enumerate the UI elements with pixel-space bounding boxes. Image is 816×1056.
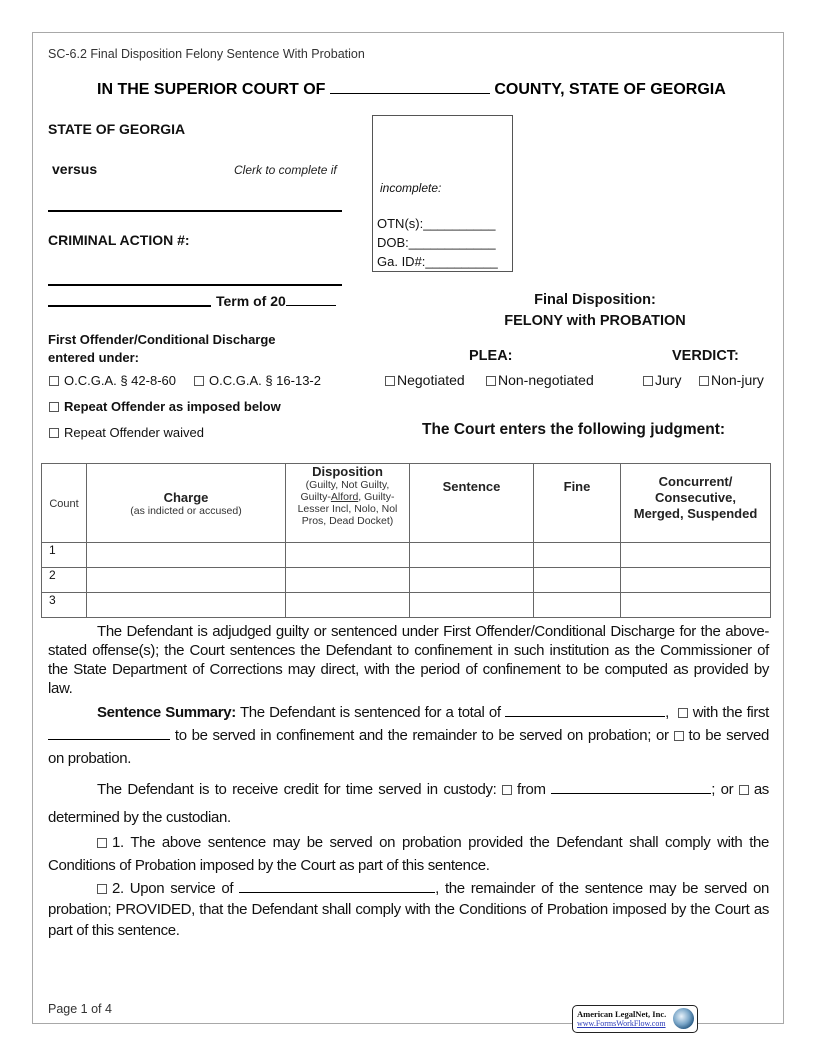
clerk-incomplete-label: incomplete:: [380, 181, 441, 195]
checkbox-icon[interactable]: [699, 376, 709, 386]
adjudication-paragraph: The Defendant is adjudged guilty or sent…: [48, 622, 769, 698]
criminal-action-label: CRIMINAL ACTION #:: [48, 232, 190, 248]
logo-url[interactable]: www.FormsWorkFlow.com: [577, 1019, 666, 1028]
plea-label: PLEA:: [469, 348, 513, 364]
sentence-cell[interactable]: [410, 593, 534, 618]
first-offender-title-line1: First Offender/Conditional Discharge: [48, 331, 276, 349]
credit-paragraph: The Defendant is to receive credit for t…: [48, 776, 769, 832]
plea-negotiated-label: Negotiated: [397, 372, 465, 388]
sentence-summary-paragraph: Sentence Summary: The Defendant is sente…: [48, 701, 769, 770]
concurrent-header-1: Concurrent/: [621, 474, 770, 490]
disposition-sub2a: Guilty-: [301, 491, 331, 503]
checkbox-icon[interactable]: [385, 376, 395, 386]
disposition-header-text: Disposition: [286, 464, 409, 479]
ga-id-field[interactable]: Ga. ID#:__________: [377, 254, 498, 269]
column-header-sentence: Sentence: [410, 464, 534, 543]
versus-label: versus: [52, 161, 97, 177]
otn-field[interactable]: OTN(s):__________: [377, 216, 496, 231]
concurrent-cell[interactable]: [621, 593, 771, 618]
probation-item-1: 1. The above sentence may be served on p…: [48, 831, 769, 877]
verdict-jury-option[interactable]: Jury: [643, 372, 681, 388]
repeat-offender-imposed-option[interactable]: Repeat Offender as imposed below: [49, 399, 281, 414]
ocga-16-13-2-option[interactable]: O.C.G.A. § 16-13-2: [194, 373, 321, 388]
term-year-field[interactable]: [286, 291, 336, 306]
disposition-cell[interactable]: [286, 593, 410, 618]
checkbox-icon[interactable]: [643, 376, 653, 386]
term-label-text: Term of 20: [216, 293, 286, 309]
term-name-field[interactable]: [48, 305, 211, 307]
checkbox-icon[interactable]: [49, 376, 59, 386]
criminal-action-field[interactable]: [48, 284, 342, 286]
globe-icon: [673, 1008, 694, 1029]
first-offender-title-line2: entered under:: [48, 349, 276, 367]
count-cell: 3: [42, 593, 87, 618]
sentence-summary-label: Sentence Summary:: [97, 704, 236, 721]
clerk-box: incomplete: OTN(s):__________ DOB:______…: [372, 115, 513, 272]
column-header-charge: Charge (as indicted or accused): [87, 464, 286, 543]
disposition-cell[interactable]: [286, 568, 410, 593]
verdict-non-jury-option[interactable]: Non-jury: [699, 372, 764, 388]
final-disposition-line1: Final Disposition:: [420, 290, 770, 311]
service-period-field[interactable]: [239, 878, 435, 893]
probation-item-1-text: 1. The above sentence may be served on p…: [48, 834, 769, 874]
plea-non-negotiated-option[interactable]: Non-negotiated: [486, 372, 594, 388]
repeat-offender-imposed-label: Repeat Offender as imposed below: [64, 399, 281, 414]
fine-cell[interactable]: [534, 543, 621, 568]
credit-text-a: The Defendant is to receive credit for t…: [97, 781, 496, 798]
court-title: IN THE SUPERIOR COURT OF COUNTY, STATE O…: [97, 79, 726, 99]
publisher-logo[interactable]: American LegalNet, Inc. www.FormsWorkFlo…: [572, 1005, 698, 1033]
sentence-cell[interactable]: [410, 543, 534, 568]
confinement-period-field[interactable]: [48, 725, 170, 740]
probation-item-2-text-a: 2. Upon service of: [112, 880, 233, 897]
checkbox-icon[interactable]: [49, 428, 59, 438]
column-header-concurrent: Concurrent/ Consecutive, Merged, Suspend…: [621, 464, 771, 543]
sentence-summary-text-c: the first: [722, 704, 769, 721]
disposition-header-sub3: Lesser Incl, Nolo, Nol: [286, 503, 409, 515]
final-disposition-line2: FELONY with PROBATION: [420, 311, 770, 332]
checkbox-icon[interactable]: [678, 708, 688, 718]
concurrent-header-2: Consecutive,: [621, 490, 770, 506]
charge-header-sub: (as indicted or accused): [87, 505, 285, 517]
table-row: 1: [42, 543, 771, 568]
disposition-header-sub2: Guilty-Alford, Guilty-: [286, 491, 409, 503]
adjudication-text: The Defendant is adjudged guilty or sent…: [48, 623, 769, 697]
concurrent-cell[interactable]: [621, 568, 771, 593]
sentence-summary-text-a: The Defendant is sentenced for a total o…: [240, 704, 501, 721]
form-id: SC-6.2 Final Disposition Felony Sentence…: [48, 47, 365, 61]
page-number: Page 1 of 4: [48, 1002, 112, 1016]
disposition-sub2b: Alford: [331, 491, 358, 503]
charge-cell[interactable]: [87, 593, 286, 618]
disposition-cell[interactable]: [286, 543, 410, 568]
charge-header-text: Charge: [87, 490, 285, 505]
sentence-summary-text-e: or: [656, 727, 669, 744]
table-header-row: Count Charge (as indicted or accused) Di…: [42, 464, 771, 543]
sentence-cell[interactable]: [410, 568, 534, 593]
concurrent-cell[interactable]: [621, 543, 771, 568]
sentence-summary-text-d: to be served in confinement and the rema…: [175, 727, 651, 744]
credit-from-field[interactable]: [551, 779, 711, 794]
clerk-note: Clerk to complete if: [234, 163, 337, 177]
judgment-heading: The Court enters the following judgment:: [422, 421, 725, 439]
ocga-16-13-2-label: O.C.G.A. § 16-13-2: [209, 373, 321, 388]
defendant-name-field[interactable]: [48, 210, 342, 212]
fine-header-text: Fine: [564, 479, 591, 494]
plea-non-negotiated-label: Non-negotiated: [498, 372, 594, 388]
county-field[interactable]: [330, 79, 490, 94]
sentence-summary-text-b: with: [693, 704, 718, 721]
count-cell: 1: [42, 543, 87, 568]
checkbox-icon[interactable]: [739, 785, 749, 795]
checkbox-icon[interactable]: [502, 785, 512, 795]
probation-item-2: 2. Upon service of , the remainder of th…: [48, 878, 769, 941]
verdict-label: VERDICT:: [672, 348, 739, 364]
disposition-sub2c: , Guilty-: [358, 491, 394, 503]
charge-cell[interactable]: [87, 568, 286, 593]
fine-cell[interactable]: [534, 568, 621, 593]
sentence-header-text: Sentence: [443, 479, 501, 494]
verdict-jury-label: Jury: [655, 372, 681, 388]
ocga-42-8-60-label: O.C.G.A. § 42-8-60: [64, 373, 176, 388]
count-cell: 2: [42, 568, 87, 593]
table-row: 3: [42, 593, 771, 618]
column-header-fine: Fine: [534, 464, 621, 543]
checkbox-icon[interactable]: [674, 731, 684, 741]
concurrent-header-3: Merged, Suspended: [621, 506, 770, 522]
disposition-header-sub4: Pros, Dead Docket): [286, 515, 409, 527]
court-title-suffix: COUNTY, STATE OF GEORGIA: [494, 81, 725, 98]
fine-cell[interactable]: [534, 593, 621, 618]
final-disposition-heading: Final Disposition: FELONY with PROBATION: [420, 290, 770, 332]
checkbox-icon[interactable]: [97, 884, 107, 894]
ocga-42-8-60-option[interactable]: O.C.G.A. § 42-8-60: [49, 373, 176, 388]
repeat-offender-waived-label: Repeat Offender waived: [64, 425, 204, 440]
dob-field[interactable]: DOB:____________: [377, 235, 496, 250]
logo-company: American LegalNet, Inc.: [577, 1009, 666, 1019]
checkbox-icon[interactable]: [49, 402, 59, 412]
court-title-prefix: IN THE SUPERIOR COURT OF: [97, 81, 325, 98]
checkbox-icon[interactable]: [97, 838, 107, 848]
credit-text-b: from: [517, 781, 546, 798]
checkbox-icon[interactable]: [194, 376, 204, 386]
credit-text-c: ; or: [711, 781, 733, 798]
disposition-header-sub1: (Guilty, Not Guilty,: [286, 479, 409, 491]
term-label: Term of 20: [216, 291, 336, 309]
checkbox-icon[interactable]: [486, 376, 496, 386]
verdict-non-jury-label: Non-jury: [711, 372, 764, 388]
state-label: STATE OF GEORGIA: [48, 121, 185, 137]
plea-negotiated-option[interactable]: Negotiated: [385, 372, 465, 388]
table-row: 2: [42, 568, 771, 593]
charges-table: Count Charge (as indicted or accused) Di…: [41, 463, 771, 618]
charge-cell[interactable]: [87, 543, 286, 568]
count-header-text: Count: [49, 498, 78, 510]
column-header-count: Count: [42, 464, 87, 543]
total-sentence-field[interactable]: [505, 702, 665, 717]
first-offender-title: First Offender/Conditional Discharge ent…: [48, 331, 276, 367]
column-header-disposition: Disposition (Guilty, Not Guilty, Guilty-…: [286, 464, 410, 543]
repeat-offender-waived-option[interactable]: Repeat Offender waived: [49, 425, 204, 440]
